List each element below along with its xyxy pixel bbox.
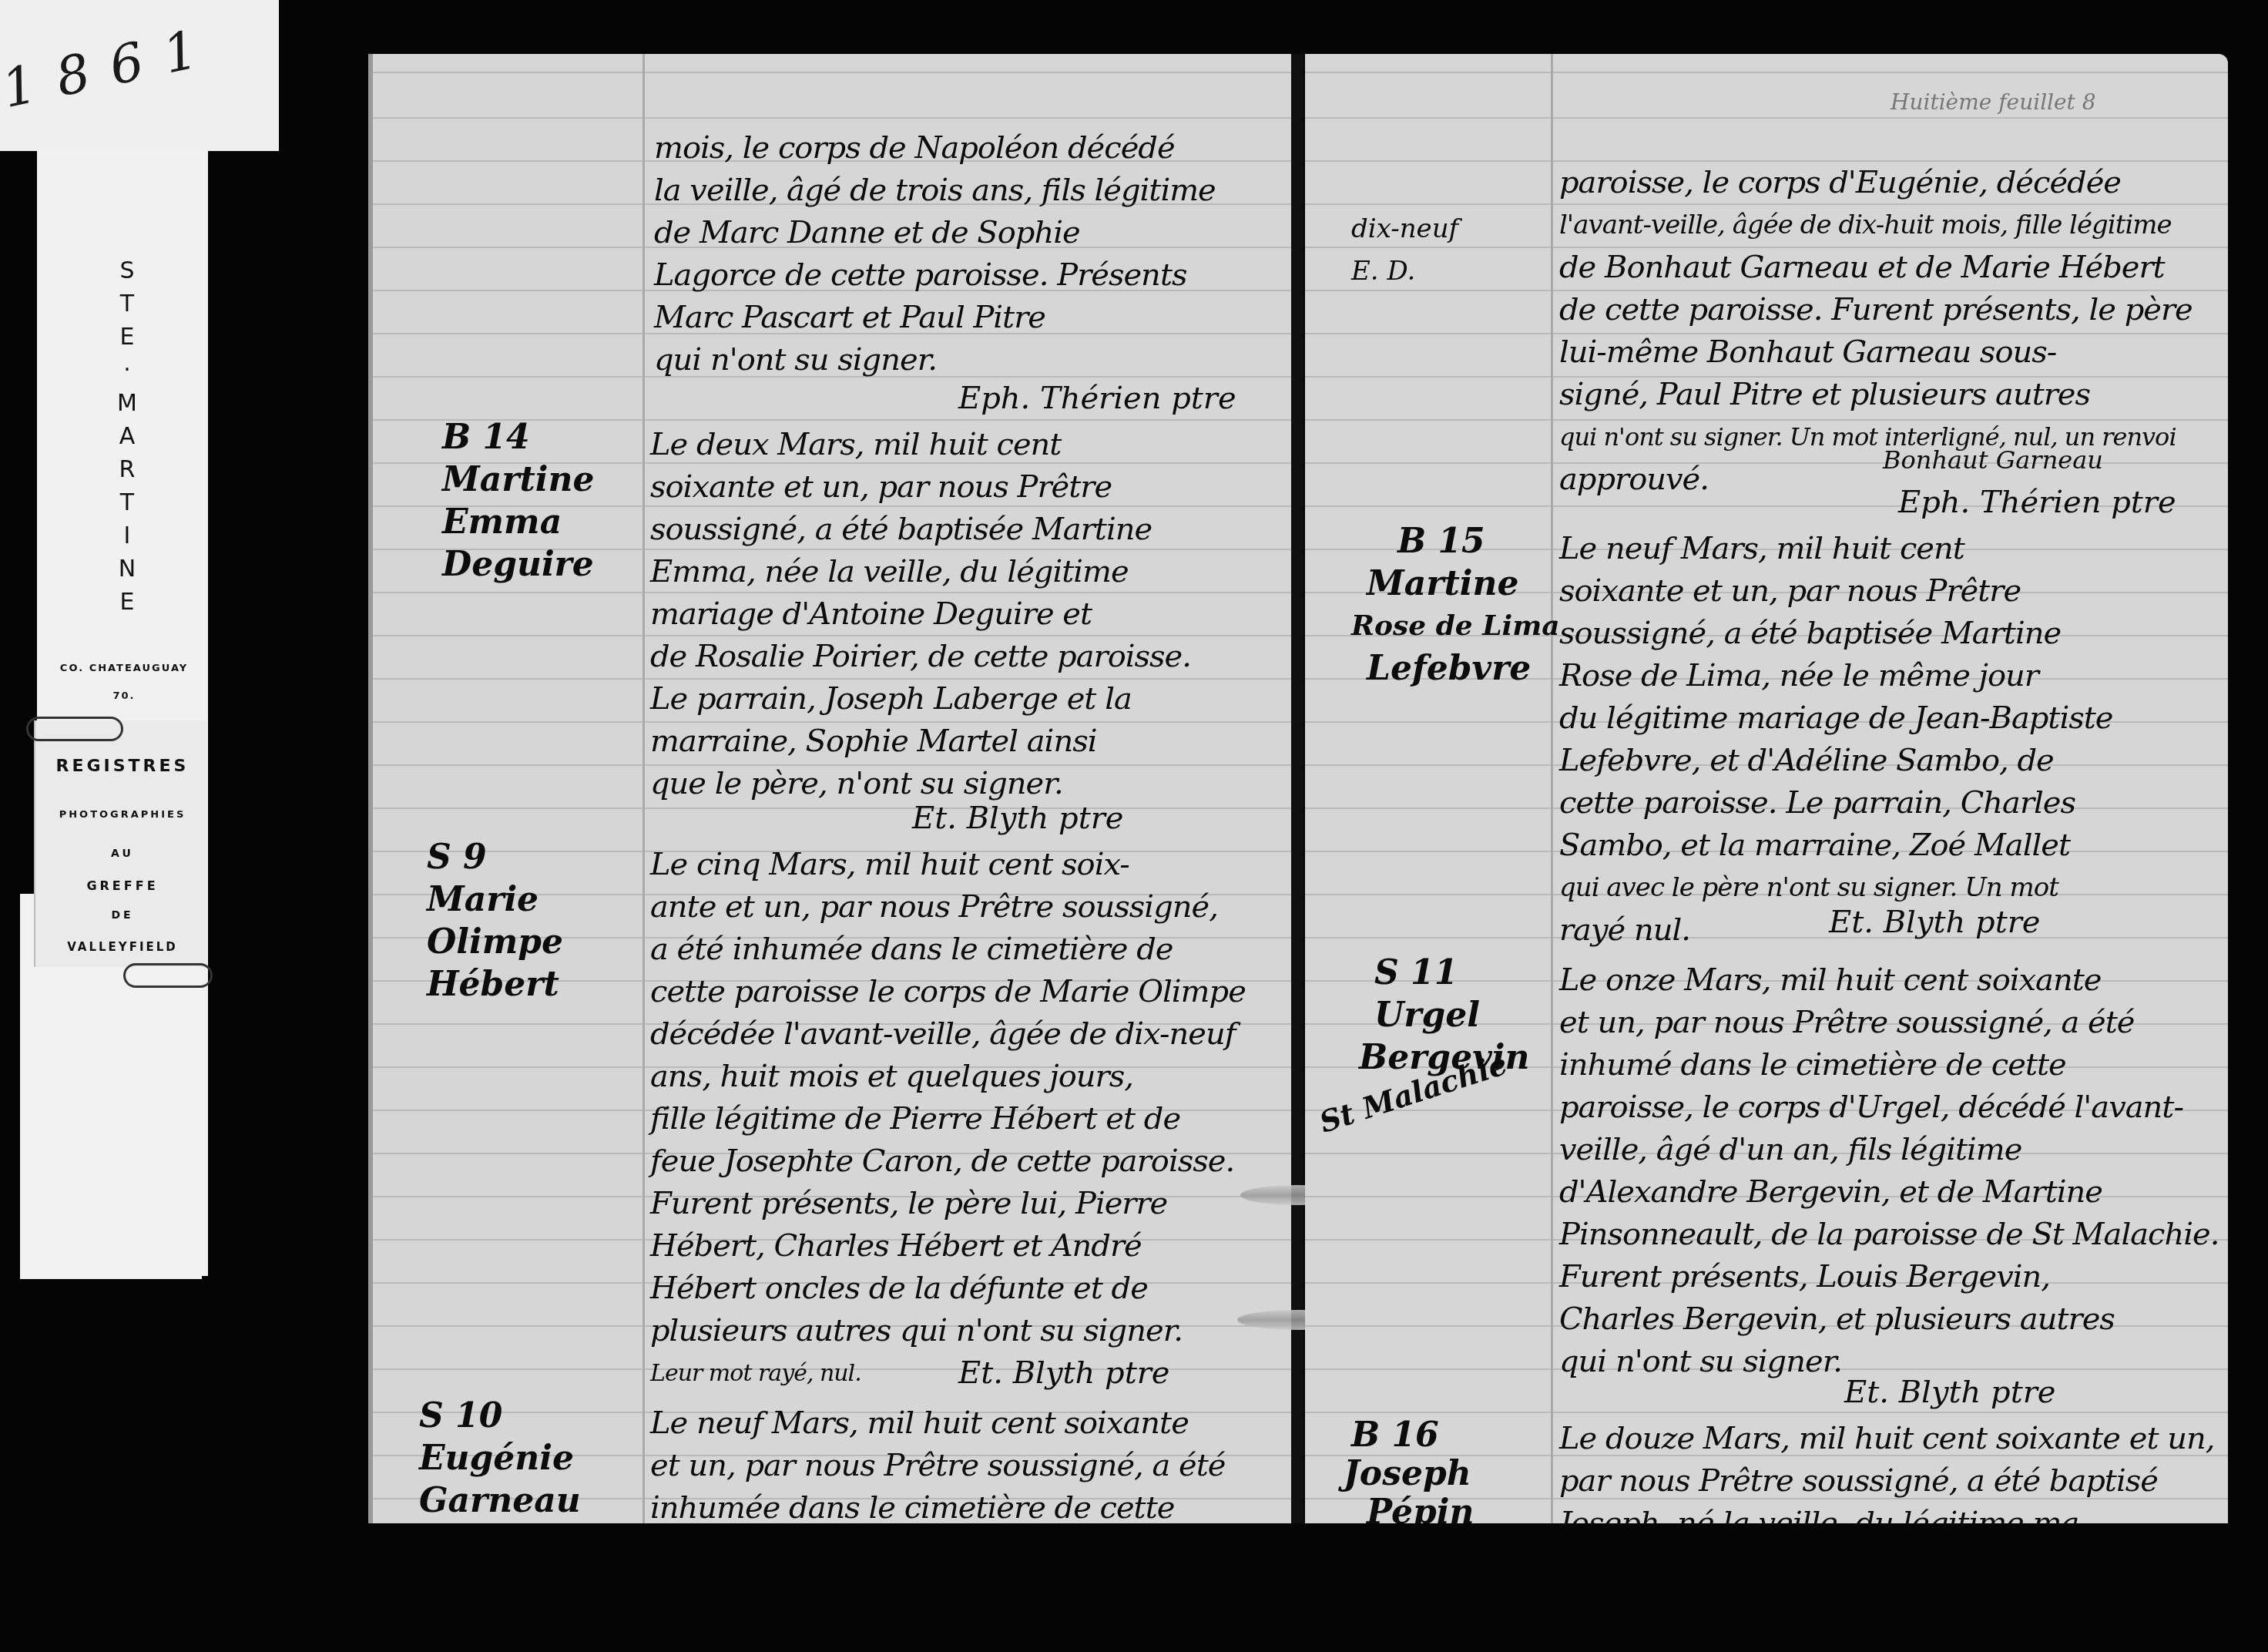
- record-line: Rose de Lima, née le même jour: [1559, 655, 2038, 697]
- record-line: cette paroisse le corps de Marie Olimpe: [650, 971, 1246, 1013]
- record-line: Emma, née la veille, du légitime: [650, 551, 1129, 593]
- parish-letter: E: [120, 586, 135, 619]
- record-line: Furent présents, le père lui, Pierre: [650, 1183, 1167, 1225]
- stamp-line: DE: [34, 909, 211, 922]
- record-line: de cette paroisse. Furent présents, le p…: [1559, 289, 2193, 331]
- priest-signature: Et. Blyth ptre: [958, 1352, 1170, 1395]
- record-line: veille, âgé d'un an, fils légitime: [1559, 1129, 2021, 1171]
- record-line: Le cinq Mars, mil huit cent soix-: [650, 844, 1129, 886]
- entry-name: Eugénie: [419, 1437, 574, 1479]
- stamp-line: VALLEYFIELD: [34, 940, 211, 954]
- entry-number: S 10: [419, 1395, 502, 1437]
- record-line: qui n'ont su signer.: [654, 339, 937, 381]
- entry-name: Martine: [442, 458, 594, 501]
- record-line: inhumée dans le cimetière de cette: [650, 1487, 1174, 1523]
- record-line: Sambo, et la marraine, Zoé Mallet: [1559, 824, 2070, 867]
- record-line: et un, par nous Prêtre soussigné, a été: [650, 1445, 1226, 1487]
- record-line: et un, par nous Prêtre soussigné, a été: [1559, 1002, 2135, 1044]
- record-line: la veille, âgé de trois ans, fils légiti…: [654, 170, 1216, 212]
- priest-signature: Et. Blyth ptre: [1829, 902, 2041, 944]
- record-line: ans, huit mois et quelques jours,: [650, 1056, 1133, 1098]
- parish-letter: N: [119, 552, 136, 586]
- record-line: Lefebvre, et d'Adéline Sambo, de: [1559, 740, 2054, 782]
- margin-rule: [642, 54, 645, 1523]
- record-line: soussigné, a été baptisée Martine: [650, 509, 1152, 551]
- county-label: CO. CHATEAUGUAY: [39, 663, 210, 674]
- record-line: soussigné, a été baptisée Martine: [1559, 613, 2061, 655]
- entry-number: S 11: [1374, 952, 1458, 994]
- record-line: Lagorce de cette paroisse. Présents: [654, 254, 1186, 297]
- record-line: l'avant-veille, âgée de dix-huit mois, f…: [1559, 204, 2172, 247]
- record-line: mariage d'Antoine Deguire et: [650, 593, 1092, 636]
- record-line: d'Alexandre Bergevin, et de Martine: [1559, 1171, 2102, 1214]
- book-gutter: [1291, 54, 1303, 1523]
- record-line: marraine, Sophie Martel ainsi: [650, 720, 1096, 763]
- record-line: lui-même Bonhaut Garneau sous-: [1559, 331, 2056, 374]
- record-line: de Bonhaut Garneau et de Marie Hébert: [1559, 247, 2165, 289]
- parish-letter: T: [120, 287, 134, 321]
- record-line: Le neuf Mars, mil huit cent soixante: [650, 1402, 1189, 1445]
- entry-number: S 9: [427, 836, 487, 878]
- record-line: fille légitime de Pierre Hébert et de: [650, 1098, 1180, 1140]
- record-line: a été inhumée dans le cimetière de: [650, 928, 1173, 971]
- entry-number: B 15: [1397, 520, 1485, 562]
- entry-name: Emma: [442, 501, 562, 543]
- entry-name: Lefebvre: [1367, 647, 1531, 690]
- parish-name-vertical: S T E · M A R T I N E: [104, 254, 150, 619]
- county-number: 70.: [39, 690, 210, 702]
- priest-signature: Eph. Thérien ptre: [958, 378, 1236, 420]
- margin-rule: [1551, 54, 1553, 1523]
- record-line: par nous Prêtre soussigné, a été baptisé: [1559, 1460, 2158, 1503]
- priest-signature: Eph. Thérien ptre: [1898, 482, 2176, 524]
- priest-signature: Et. Blyth ptre: [912, 797, 1124, 840]
- stamp-line: REGISTRES: [34, 757, 211, 776]
- record-line: Pinsonneault, de la paroisse de St Malac…: [1559, 1214, 2219, 1256]
- paperclip-icon: [26, 717, 123, 741]
- record-line: décédée l'avant-veille, âgée de dix-neuf: [650, 1013, 1235, 1056]
- stamp-line: AU: [34, 848, 211, 860]
- record-line: Leur mot rayé, nul.: [650, 1352, 861, 1395]
- record-line: Marc Pascart et Paul Pitre: [654, 297, 1045, 339]
- record-line: Le deux Mars, mil huit cent: [650, 424, 1061, 466]
- entry-name: Deguire: [442, 543, 594, 586]
- parish-letter: M: [117, 387, 137, 420]
- record-line: paroisse, le corps d'Urgel, décédé l'ava…: [1559, 1086, 2183, 1129]
- record-line: feue Josephte Caron, de cette paroisse.: [650, 1140, 1234, 1183]
- record-line: de Marc Danne et de Sophie: [654, 212, 1080, 254]
- register-page-right: Huitième feuillet 8 dix-neuf E. D. paroi…: [1305, 54, 2228, 1523]
- record-line: Hébert oncles de la défunte et de: [650, 1268, 1148, 1310]
- entry-name: Martine: [1367, 562, 1518, 605]
- record-line: Furent présents, Louis Bergevin,: [1559, 1256, 2050, 1298]
- record-line: de Rosalie Poirier, de cette paroisse.: [650, 636, 1191, 678]
- margin-note: E. D.: [1351, 250, 1415, 293]
- record-line: ante et un, par nous Prêtre soussigné,: [650, 886, 1218, 928]
- stamp-line: GREFFE: [34, 878, 211, 893]
- stamp-line: PHOTOGRAPHIES: [34, 809, 211, 821]
- register-page-left: mois, le corps de Napoléon décédé la vei…: [368, 54, 1300, 1523]
- entry-name: Urgel: [1374, 994, 1480, 1036]
- folio-note: Huitième feuillet 8: [1891, 81, 2096, 123]
- entry-name: Olimpe: [427, 921, 563, 963]
- record-line: plusieurs autres qui n'ont su signer.: [650, 1310, 1183, 1352]
- priest-signature: Et. Blyth ptre: [1844, 1372, 2056, 1414]
- entry-name: Hébert: [427, 963, 559, 1006]
- record-line: signé, Paul Pitre et plusieurs autres: [1559, 374, 2090, 416]
- record-line: soixante et un, par nous Prêtre: [1559, 570, 2021, 613]
- margin-note: dix-neuf: [1351, 208, 1458, 250]
- parish-letter: ·: [123, 354, 131, 387]
- record-line: Le douze Mars, mil huit cent soixante et…: [1559, 1418, 2214, 1460]
- paperclip-icon: [123, 963, 213, 988]
- record-line: cette paroisse. Le parrain, Charles: [1559, 782, 2075, 824]
- parish-letter: S: [119, 254, 134, 287]
- entry-number: B 14: [442, 416, 530, 458]
- entry-name: Marie: [427, 878, 538, 921]
- parish-letter: E: [120, 321, 135, 354]
- record-line: soixante et un, par nous Prêtre: [650, 466, 1112, 509]
- record-line: Charles Bergevin, et plusieurs autres: [1559, 1298, 2115, 1341]
- record-line: inhumé dans le cimetière de cette: [1559, 1044, 2066, 1086]
- entry-number: B 16: [1351, 1414, 1439, 1456]
- record-line: paroisse, le corps d'Eugénie, décédée: [1559, 162, 2121, 204]
- entry-name: Rose de Lima: [1351, 605, 1560, 647]
- record-line: du légitime mariage de Jean-Baptiste: [1559, 697, 2112, 740]
- record-line: approuvé.: [1559, 458, 1709, 501]
- parish-letter: A: [119, 420, 136, 453]
- record-line: Hébert, Charles Hébert et André: [650, 1225, 1142, 1268]
- parish-letter: R: [119, 453, 136, 486]
- record-line: Le parrain, Joseph Laberge et la: [650, 678, 1132, 720]
- parish-letter: I: [124, 519, 131, 552]
- entry-name: Pépin: [1367, 1491, 1474, 1523]
- record-line: Joseph, né la veille, du légitime ma-: [1559, 1503, 2089, 1523]
- entry-name: Joseph: [1344, 1452, 1471, 1495]
- witness-signature: Bonhaut Garneau: [1883, 439, 2103, 482]
- record-line: qui n'ont su signer.: [1559, 1341, 1842, 1383]
- record-line: mois, le corps de Napoléon décédé: [654, 127, 1175, 170]
- entry-name: Garneau: [419, 1479, 581, 1522]
- record-line: Le neuf Mars, mil huit cent: [1559, 528, 1964, 570]
- parish-letter: T: [120, 486, 134, 519]
- record-line: Le onze Mars, mil huit cent soixante: [1559, 959, 2101, 1002]
- record-line: rayé nul.: [1559, 909, 1690, 952]
